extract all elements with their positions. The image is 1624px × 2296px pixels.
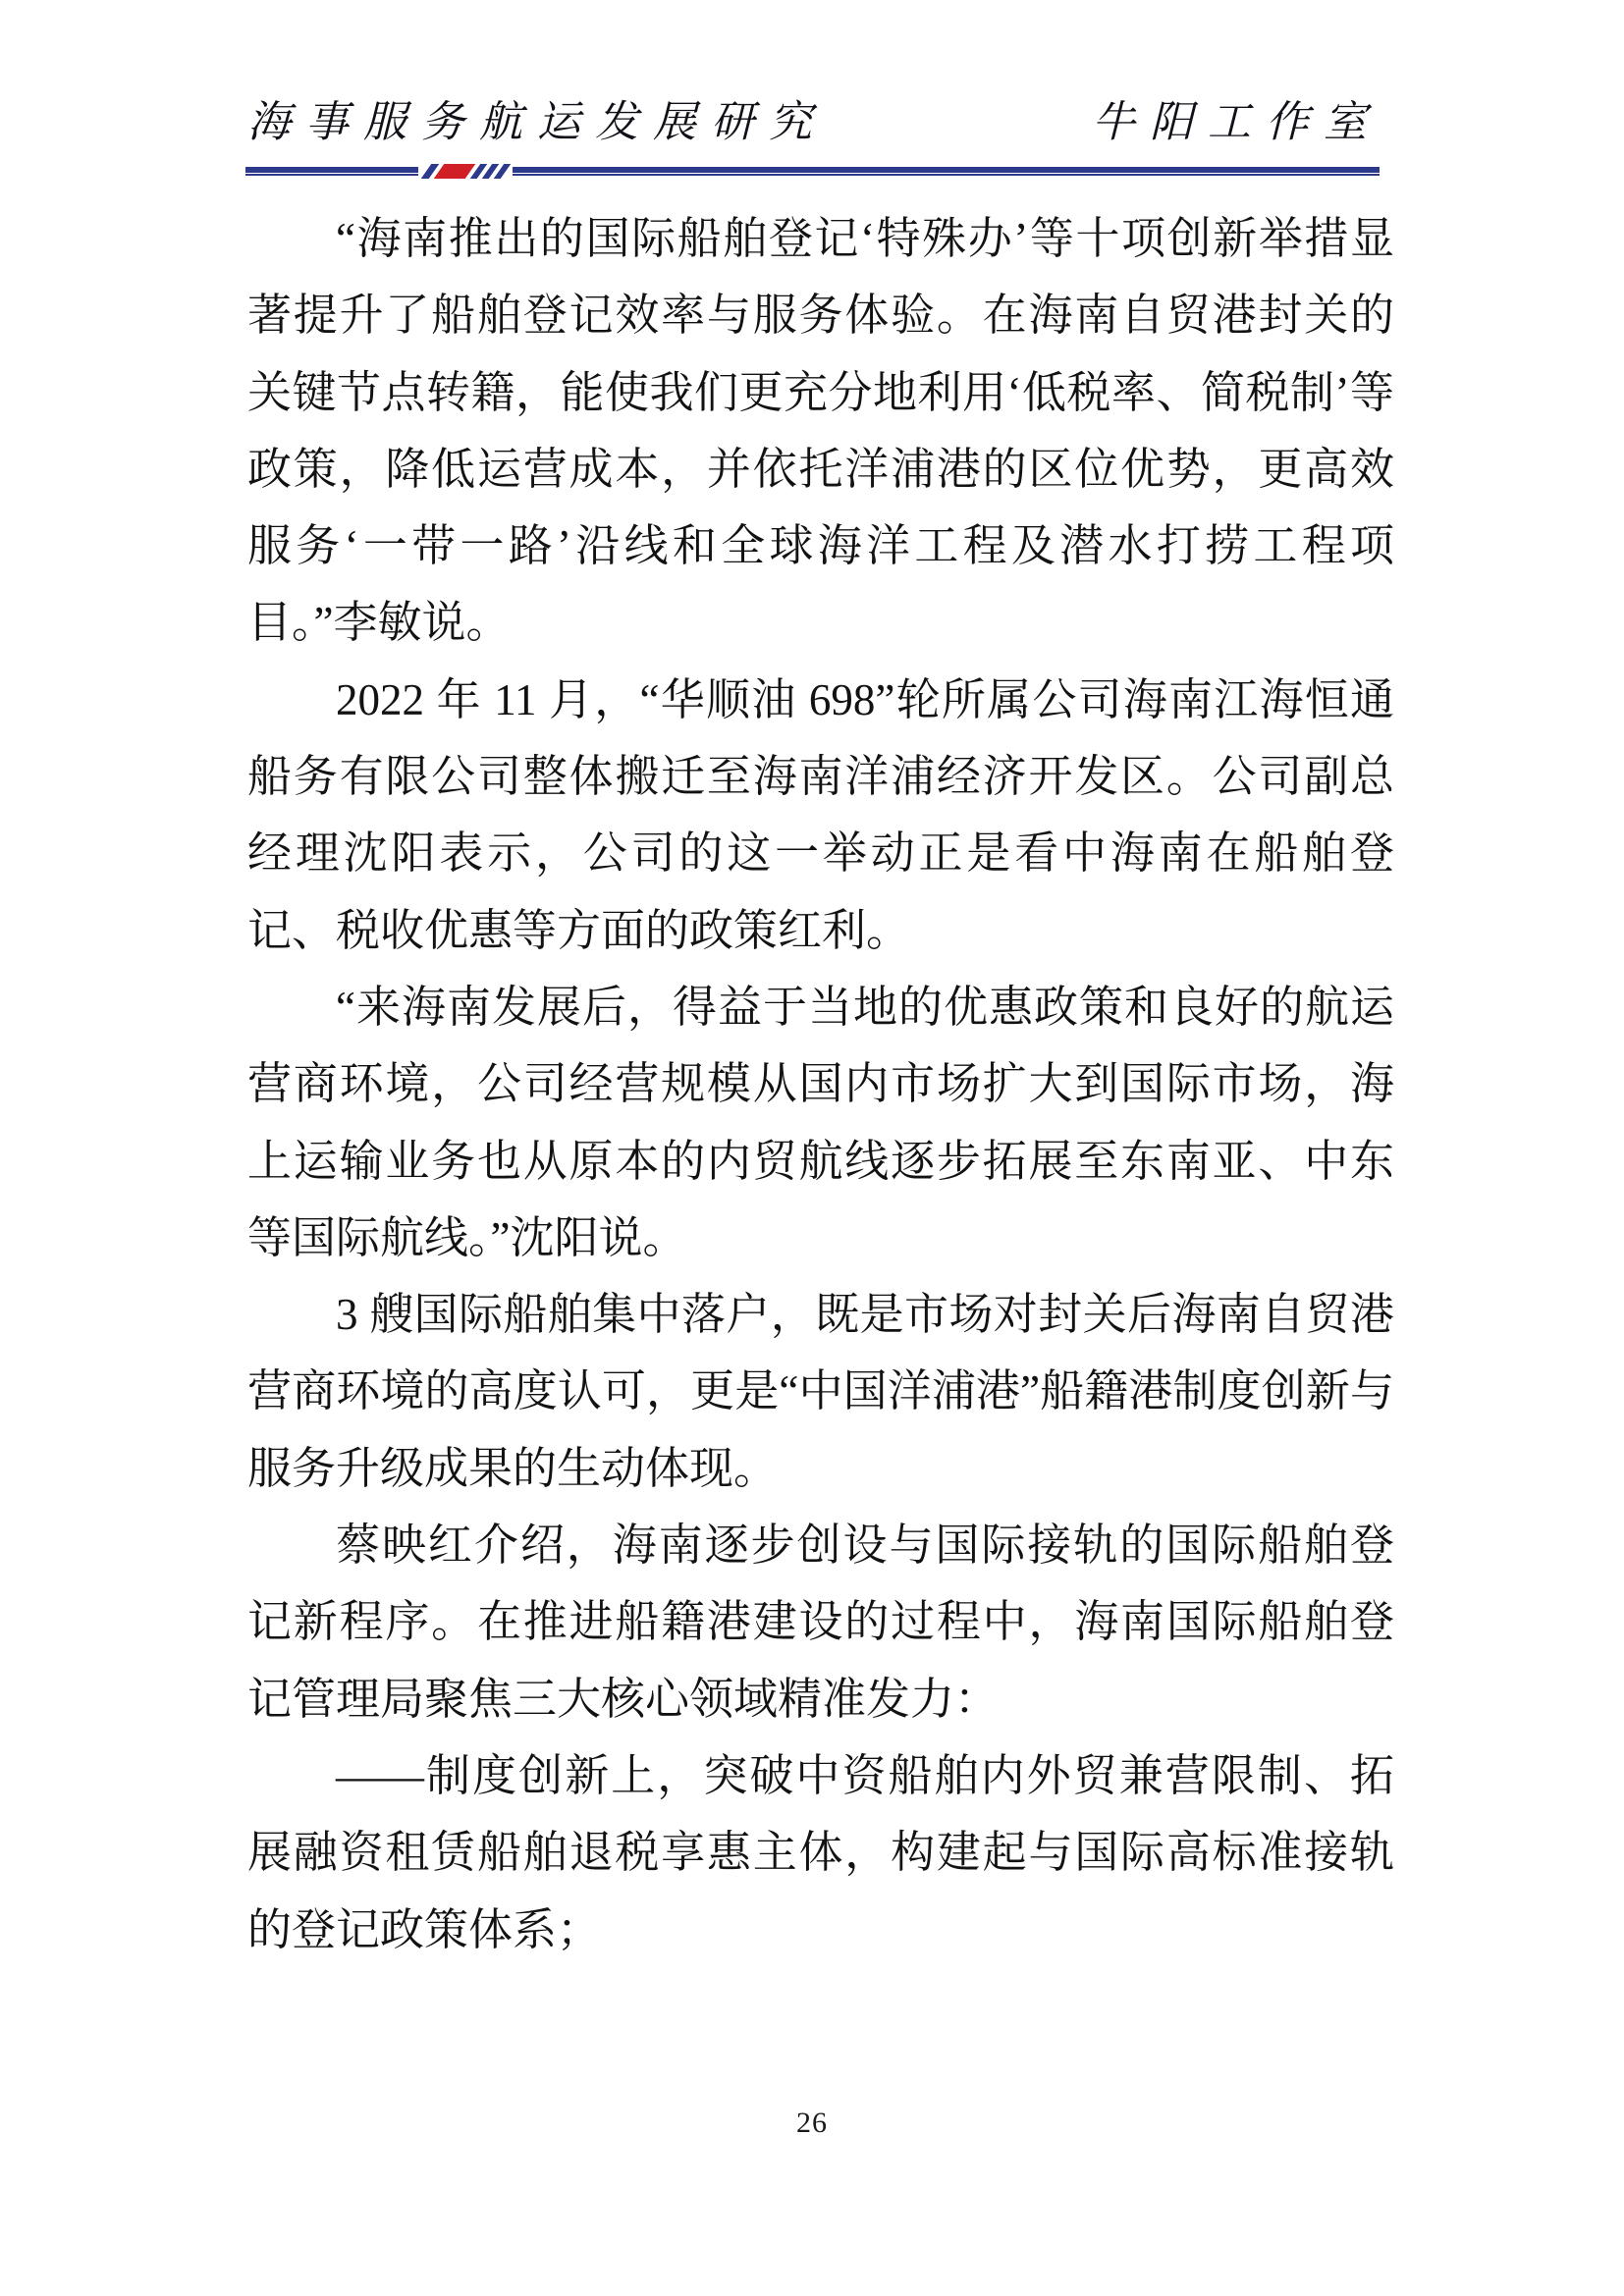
page-footer: 26 bbox=[0, 2107, 1624, 2140]
body-paragraph: “海南推出的国际船舶登记‘特殊办’等十项创新举措显著提升了船舶登记效率与服务体验… bbox=[247, 200, 1394, 662]
body-paragraph: ——制度创新上，突破中资船舶内外贸兼营限制、拓展融资租赁船舶退税享惠主体，构建起… bbox=[247, 1737, 1394, 1968]
header-rule bbox=[245, 167, 1380, 176]
header-accent-mark bbox=[418, 164, 513, 179]
body-paragraph: 蔡映红介绍，海南逐步创设与国际接轨的国际船舶登记新程序。在推进船籍港建设的过程中… bbox=[247, 1507, 1394, 1737]
header-journal-title: 海事服务航运发展研究 bbox=[247, 86, 827, 149]
body-paragraph: 3 艘国际船舶集中落户，既是市场对封关后海南自贸港营商环境的高度认可，更是“中国… bbox=[247, 1276, 1394, 1507]
accent-red-block-icon bbox=[434, 164, 476, 179]
document-page: 海事服务航运发展研究 牛阳工作室 “海南推出的国际船舶登记‘特殊办’等十项创新举… bbox=[0, 0, 1624, 2296]
body-paragraph: 2022 年 11 月，“华顺油 698”轮所属公司海南江海恒通船务有限公司整体… bbox=[247, 662, 1394, 969]
document-body: “海南推出的国际船舶登记‘特殊办’等十项创新举措显著提升了船舶登记效率与服务体验… bbox=[247, 200, 1394, 1968]
page-number: 26 bbox=[796, 2107, 828, 2139]
header-titles: 海事服务航运发展研究 牛阳工作室 bbox=[247, 86, 1381, 149]
header-studio-title: 牛阳工作室 bbox=[1092, 86, 1381, 149]
body-paragraph: “来海南发展后，得益于当地的优惠政策和良好的航运营商环境，公司经营规模从国内市场… bbox=[247, 969, 1394, 1276]
